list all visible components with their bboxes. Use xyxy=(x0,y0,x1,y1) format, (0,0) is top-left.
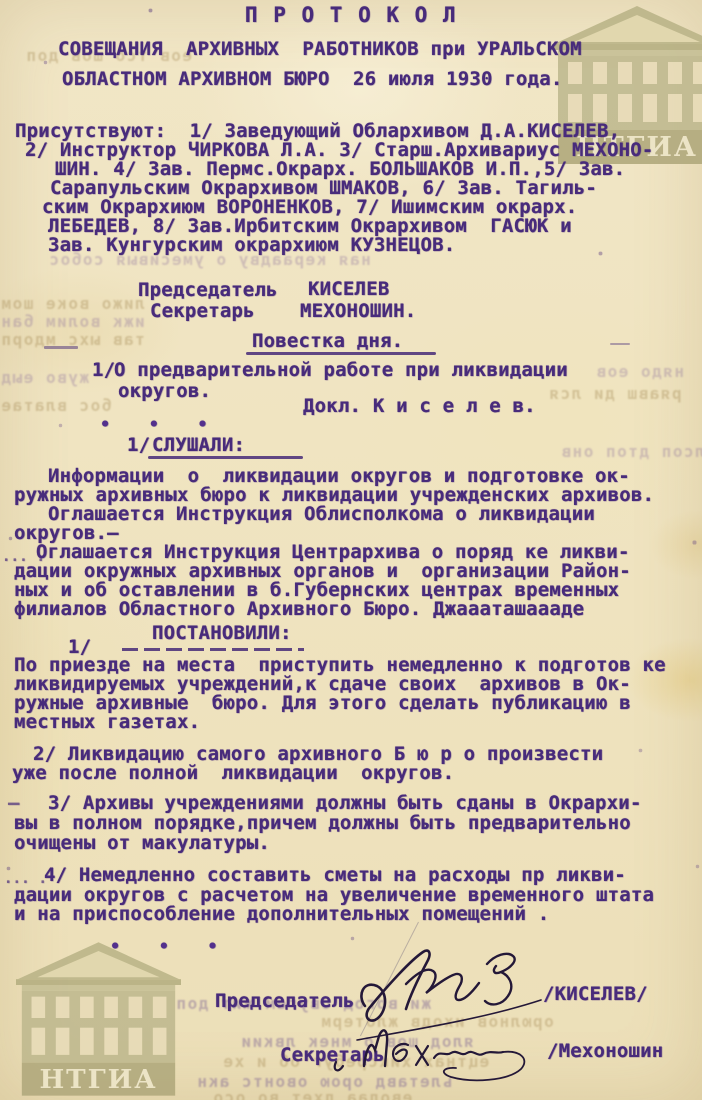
bleedthrough-line: нядо еов xyxy=(595,364,684,380)
resolved-underline xyxy=(122,648,304,651)
agenda-item-line: округов. xyxy=(118,382,211,401)
resolved-line: местных газетах. xyxy=(14,713,200,732)
listened-underline xyxy=(148,456,303,459)
bleedthrough-line: ижк волим бан xyxy=(0,314,145,330)
bleedthrough-line: елсоп дтоп онв xyxy=(560,444,702,460)
bleedthrough-line: ряавш ди лся xyxy=(548,386,682,402)
resolved-line: 4/ Немедленно составить сметы на расходы… xyxy=(44,866,626,885)
margin-dash xyxy=(44,346,78,349)
listened-line: Оглашается Инструкция Облисполкома о лик… xyxy=(48,505,595,524)
listened-line: филиалов Областного Архивного Бюро. Джаа… xyxy=(14,600,584,619)
resolved-line: вы в полном порядке,причем должны быть п… xyxy=(14,814,631,833)
ink-speckles xyxy=(0,0,1,1)
secretary-signature xyxy=(330,1020,550,1098)
listened-number: 1/ xyxy=(127,436,150,455)
signature-chairman-label: Председатель xyxy=(215,992,355,1011)
agenda-item-line: О предварительной работе при ликвидации xyxy=(114,361,568,380)
bleedthrough-line: лижо воке шом xyxy=(0,296,145,312)
signature-chairman-name: /КИСЕЛЕВ/ xyxy=(543,985,648,1004)
archive-building-icon: НТГИА xyxy=(16,938,181,1098)
secretary-name: МЕХОНОШИН. xyxy=(300,302,416,321)
resolved-heading: ПОСТАНОВИЛИ: xyxy=(152,624,292,643)
resolved-line: очищены от макулатуры. xyxy=(14,834,270,853)
agenda-heading: Повестка дня. xyxy=(252,332,403,351)
agenda-reporter: Докл. К и с е л е в. xyxy=(303,397,536,416)
signature-secretary-name: /Мехоношин xyxy=(547,1042,663,1061)
document-page: еов тсо шов доп ная кераадву о умесивыя … xyxy=(0,0,702,1100)
margin-dash-mark: — xyxy=(8,794,20,813)
resolved-line: 3/ Архивы учреждениями должны быть сданы… xyxy=(48,794,642,813)
attendees-line: Зав. Кунгурским окрархиюм КУЗНЕЦОВ. xyxy=(48,236,455,255)
bleedthrough-line: бос влатае xyxy=(0,398,111,414)
archive-watermark-bottom-left: НТГИА xyxy=(16,938,181,1098)
listened-heading: СЛУШАЛИ: xyxy=(152,436,245,455)
separator-dots: • • • xyxy=(110,938,224,957)
resolved-line: и на приспособление дополнительных помещ… xyxy=(14,905,549,924)
resolved-line: уже после полной ликвидации округов. xyxy=(12,764,454,783)
margin-dash xyxy=(610,343,630,345)
chairman-name: КИСЕЛЕВ xyxy=(308,280,389,299)
bleedthrough-line: жуво еыд xyxy=(0,370,89,386)
agenda-underline xyxy=(246,352,436,355)
document-subtitle-2: ОБЛАСТНОМ АРХИВНОМ БЮРО 26 июля 1930 год… xyxy=(62,70,562,89)
document-subtitle-1: СОВЕЩАНИЯ АРХИВНЫХ РАБОТНИКОВ при УРАЛЬС… xyxy=(58,40,582,59)
separator-dots: • • • xyxy=(100,416,214,435)
agenda-item-number: 1/ xyxy=(92,361,115,380)
watermark-abbr-text: НТГИА xyxy=(39,1064,157,1095)
document-title: П Р О Т О К О Л xyxy=(0,6,702,25)
chairman-label: Председатель xyxy=(138,281,278,300)
secretary-label: Секретарь xyxy=(150,302,255,321)
